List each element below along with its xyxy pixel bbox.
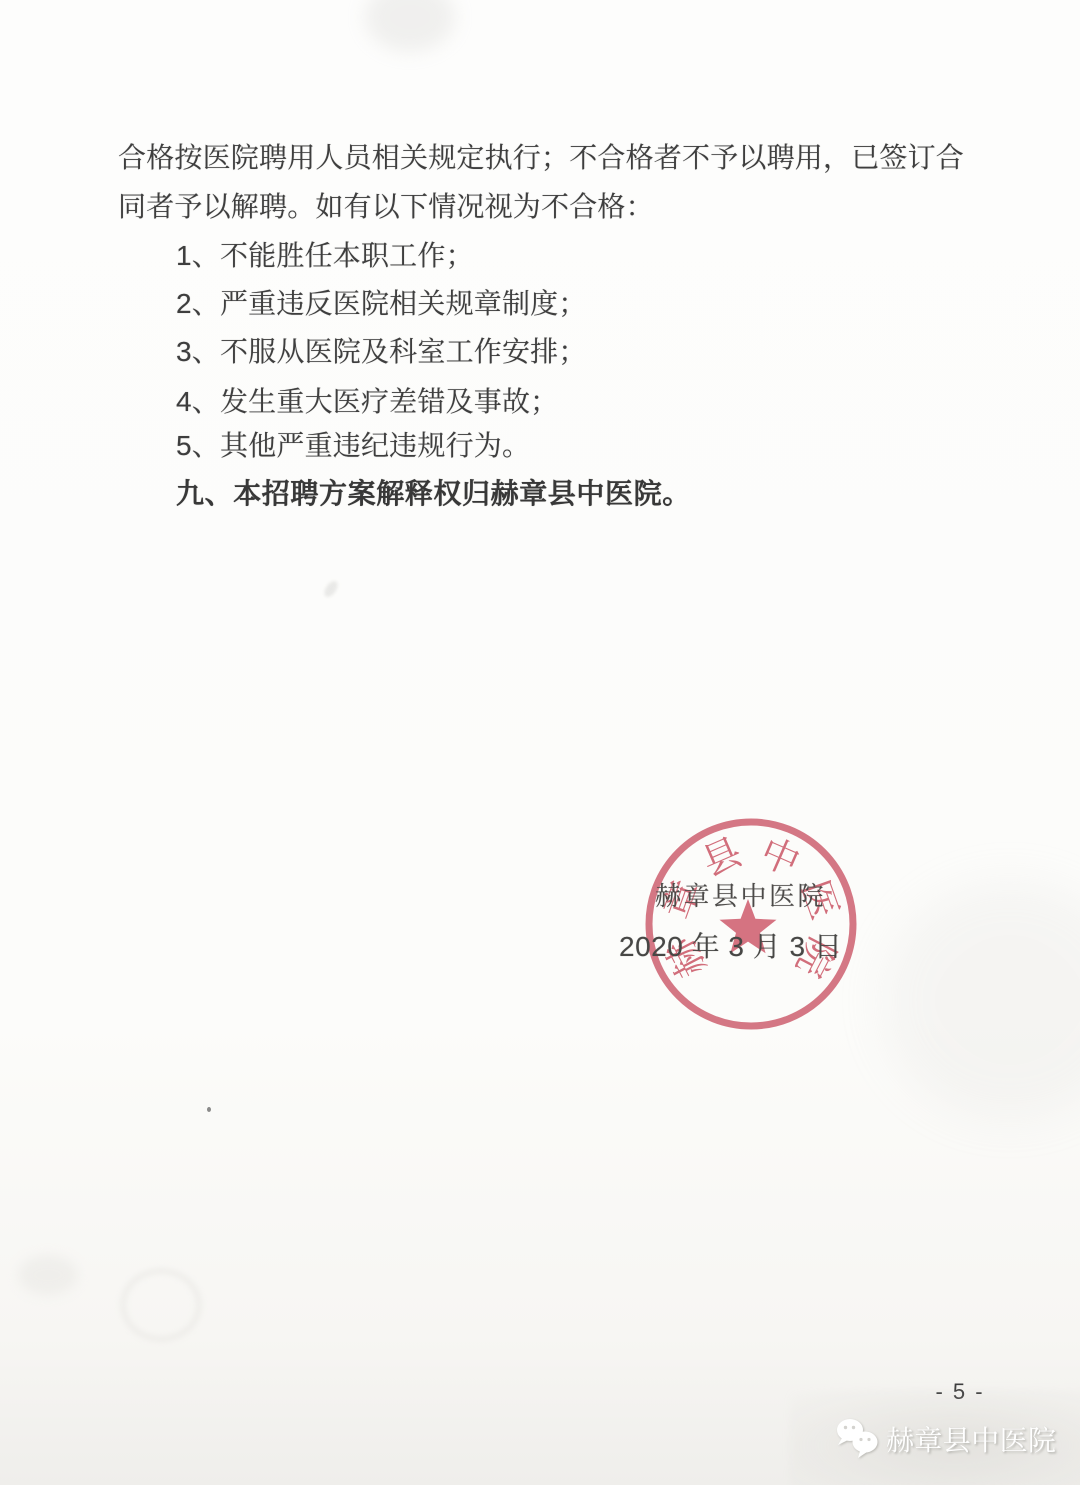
signature-org-name: 赫章县中医院 bbox=[655, 882, 826, 910]
watermark-text: 赫章县中医院 bbox=[886, 1419, 1056, 1459]
footer-watermark: 赫章县中医院 bbox=[836, 1418, 1056, 1460]
wechat-icon bbox=[836, 1418, 880, 1460]
signature-date: 2020 年 3 月 3 日 bbox=[619, 932, 842, 962]
seal-ring-char: 县 bbox=[696, 831, 748, 885]
scan-artifact bbox=[322, 579, 341, 599]
scan-artifact bbox=[880, 880, 1080, 1120]
document-page: 合格按医院聘用人员相关规定执行；不合格者不予以聘用，已签订合 同者予以解聘。如有… bbox=[0, 0, 1080, 1485]
list-item-5: 5、其他严重违纪违规行为。 bbox=[176, 431, 530, 461]
intro-line-2: 同者予以解聘。如有以下情况视为不合格： bbox=[118, 192, 654, 222]
scan-artifact bbox=[18, 1255, 78, 1295]
official-seal: 赫 章 县 中 医 院 bbox=[640, 815, 862, 1037]
scan-artifact bbox=[365, 0, 455, 52]
scan-artifact bbox=[120, 1268, 202, 1342]
scan-artifact bbox=[207, 1107, 211, 1112]
list-item-1: 1、不能胜任本职工作； bbox=[176, 241, 474, 271]
list-item-4: 4、发生重大医疗差错及事故； bbox=[176, 387, 558, 417]
closing-statement: 九、本招聘方案解释权归赫章县中医院。 bbox=[176, 479, 691, 509]
seal-ring-char: 中 bbox=[754, 831, 806, 885]
intro-line-1: 合格按医院聘用人员相关规定执行；不合格者不予以聘用，已签订合 bbox=[118, 143, 964, 173]
list-item-3: 3、不服从医院及科室工作安排； bbox=[176, 337, 587, 367]
list-item-2: 2、严重违反医院相关规章制度； bbox=[176, 289, 587, 319]
